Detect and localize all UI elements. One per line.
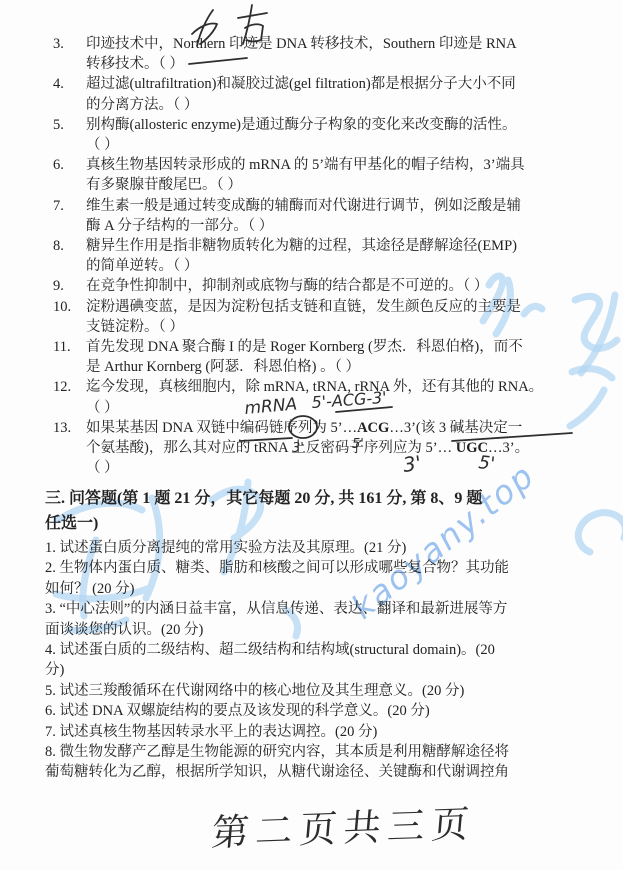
question-text: 别构酶(allosteric enzyme)是通过酶分子构象的变化来改变酶的活性… bbox=[86, 115, 623, 155]
question-line: （ ） bbox=[86, 135, 623, 155]
question-line: 1. 试述蛋白质分离提纯的常用实验方法及其原理。(21 分) bbox=[45, 538, 615, 558]
question-text: 在竞争性抑制中，抑制剂或底物与酶的结合都是不可逆的。（ ） bbox=[86, 276, 623, 296]
essay-question-8: 8. 微生物发酵产乙醇是生物能源的研究内容，其本质是利用糖酵解途径将 葡萄糖转化… bbox=[45, 742, 615, 783]
question-line: 有多聚腺苷酸尾巴。（ ） bbox=[86, 175, 623, 195]
question-line: 如何？ (20 分) bbox=[45, 579, 615, 599]
question-line: 个氨基酸)，那么其对应的 tRNA 上反密码子序列应为 5’… UGC…3’。 bbox=[86, 438, 623, 458]
seq-prefix: 个氨基酸)，那么其对应的 tRNA 上反密码子序列应为 5’… bbox=[86, 440, 456, 456]
question-line: 的简单逆转。（ ） bbox=[86, 256, 623, 276]
tf-question-10: 10. 淀粉遇碘变蓝，是因为淀粉包括支链和直链，发生颜色反应的主要是 支链淀粉。… bbox=[0, 297, 623, 337]
anticodon-ugc: UGC bbox=[456, 440, 488, 456]
question-line: 7. 试述真核生物基因转录水平上的表达调控。(20 分) bbox=[45, 722, 615, 742]
question-number: 12. bbox=[0, 377, 86, 397]
question-number: 7. bbox=[0, 196, 86, 216]
tf-question-13: 13. 如果某基因 DNA 双链中编码链序列为 5’…ACG…3’(该 3 碱基… bbox=[0, 418, 623, 479]
question-number: 4. bbox=[0, 74, 86, 94]
tf-question-3: 3. 印迹技术中，Northern 印迹是 DNA 转移技术，Southern … bbox=[0, 34, 623, 74]
question-line: 酶 A 分子结构的一部分。（ ） bbox=[86, 216, 623, 236]
question-line: 支链淀粉。（ ） bbox=[86, 317, 623, 337]
question-text: 糖异生作用是指非糖物质转化为糖的过程，其途径是酵解途径(EMP) 的简单逆转。（… bbox=[86, 236, 623, 276]
question-text: 如果某基因 DNA 双链中编码链序列为 5’…ACG…3’(该 3 碱基决定一 … bbox=[86, 418, 623, 479]
question-line: 别构酶(allosteric enzyme)是通过酶分子构象的变化来改变酶的活性… bbox=[86, 115, 623, 135]
seq-suffix: …3’(该 3 碱基决定一 bbox=[389, 420, 522, 436]
question-text: 真核生物基因转录形成的 mRNA 的 5’端有甲基化的帽子结构，3’端具 有多聚… bbox=[86, 155, 623, 195]
question-number: 3. bbox=[0, 34, 86, 54]
question-line: 3. “中心法则”的内涵日益丰富，从信息传递、表达、翻译和最新进展等方 bbox=[45, 599, 615, 619]
codon-acg: ACG bbox=[357, 420, 389, 436]
essay-section-header: 三. 问答题(第 1 题 21 分，其它每题 20 分, 共 161 分, 第 … bbox=[45, 486, 605, 536]
essay-question-5: 5. 试述三羧酸循环在代谢网络中的核心地位及其生理意义。(20 分) bbox=[45, 681, 615, 701]
question-line: 首先发现 DNA 聚合酶 I 的是 Roger Kornberg (罗杰．科恩伯… bbox=[86, 337, 623, 357]
essay-question-7: 7. 试述真核生物基因转录水平上的表达调控。(20 分) bbox=[45, 722, 615, 742]
tf-question-12: 12. 迄今发现，真核细胞内，除 mRNA, tRNA, rRNA 外，还有其他… bbox=[0, 377, 623, 417]
question-number: 5. bbox=[0, 115, 86, 135]
question-number: 11. bbox=[0, 337, 86, 357]
question-text: 印迹技术中，Northern 印迹是 DNA 转移技术，Southern 印迹是… bbox=[86, 34, 623, 74]
question-line: 8. 微生物发酵产乙醇是生物能源的研究内容，其本质是利用糖酵解途径将 bbox=[45, 742, 615, 762]
question-line: （ ） bbox=[86, 398, 623, 418]
question-text: 超过滤(ultrafiltration)和凝胶过滤(gel filtration… bbox=[86, 74, 623, 114]
question-line: 超过滤(ultrafiltration)和凝胶过滤(gel filtration… bbox=[86, 74, 623, 94]
tf-question-11: 11. 首先发现 DNA 聚合酶 I 的是 Roger Kornberg (罗杰… bbox=[0, 337, 623, 377]
question-number: 10. bbox=[0, 297, 86, 317]
tf-question-6: 6. 真核生物基因转录形成的 mRNA 的 5’端有甲基化的帽子结构，3’端具 … bbox=[0, 155, 623, 195]
question-line: 葡萄糖转化为乙醇，根据所学知识，从糖代谢途径、关键酶和代谢调控角 bbox=[45, 762, 615, 782]
question-line: 是 Arthur Kornberg (阿瑟．科恩伯格) 。（ ） bbox=[86, 357, 623, 377]
question-line: 印迹技术中，Northern 印迹是 DNA 转移技术，Southern 印迹是… bbox=[86, 34, 623, 54]
header-line: 任选一) bbox=[45, 511, 605, 536]
question-line: 如果某基因 DNA 双链中编码链序列为 5’…ACG…3’(该 3 碱基决定一 bbox=[86, 418, 623, 438]
header-line: 三. 问答题(第 1 题 21 分，其它每题 20 分, 共 161 分, 第 … bbox=[45, 486, 605, 511]
question-number: 8. bbox=[0, 236, 86, 256]
question-line: 真核生物基因转录形成的 mRNA 的 5’端有甲基化的帽子结构，3’端具 bbox=[86, 155, 623, 175]
essay-question-3: 3. “中心法则”的内涵日益丰富，从信息传递、表达、翻译和最新进展等方 面谈谈您… bbox=[45, 599, 615, 640]
question-text: 首先发现 DNA 聚合酶 I 的是 Roger Kornberg (罗杰．科恩伯… bbox=[86, 337, 623, 377]
tf-question-7: 7. 维生素一般是通过转变成酶的辅酶而对代谢进行调节，例如泛酸是辅 酶 A 分子… bbox=[0, 196, 623, 236]
question-line: 4. 试述蛋白质的二级结构、超二级结构和结构域(structural domai… bbox=[45, 640, 615, 660]
question-line: 面谈谈您的认识。(20 分) bbox=[45, 620, 615, 640]
question-line: 淀粉遇碘变蓝，是因为淀粉包括支链和直链，发生颜色反应的主要是 bbox=[86, 297, 623, 317]
true-false-section: 3. 印迹技术中，Northern 印迹是 DNA 转移技术，Southern … bbox=[0, 34, 623, 478]
tf-question-5: 5. 别构酶(allosteric enzyme)是通过酶分子构象的变化来改变酶… bbox=[0, 115, 623, 155]
question-line: 糖异生作用是指非糖物质转化为糖的过程，其途径是酵解途径(EMP) bbox=[86, 236, 623, 256]
question-line: 的分离方法。（ ） bbox=[86, 95, 623, 115]
question-line: 分) bbox=[45, 660, 615, 680]
essay-question-4: 4. 试述蛋白质的二级结构、超二级结构和结构域(structural domai… bbox=[45, 640, 615, 681]
question-text: 迄今发现，真核细胞内，除 mRNA, tRNA, rRNA 外，还有其他的 RN… bbox=[86, 377, 623, 417]
question-number: 9. bbox=[0, 276, 86, 296]
seq-prefix: 如果某基因 DNA 双链中编码链序列为 5’… bbox=[86, 420, 357, 436]
essay-question-1: 1. 试述蛋白质分离提纯的常用实验方法及其原理。(21 分) bbox=[45, 538, 615, 558]
essay-question-2: 2. 生物体内蛋白质、糖类、脂肪和核酸之间可以形成哪些复合物？其功能 如何？ (… bbox=[45, 558, 615, 599]
essay-section: 1. 试述蛋白质分离提纯的常用实验方法及其原理。(21 分) 2. 生物体内蛋白… bbox=[45, 538, 615, 783]
question-line: 转移技术。（ ） bbox=[86, 54, 623, 74]
question-line: 2. 生物体内蛋白质、糖类、脂肪和核酸之间可以形成哪些复合物？其功能 bbox=[45, 558, 615, 578]
question-line: 在竞争性抑制中，抑制剂或底物与酶的结合都是不可逆的。（ ） bbox=[86, 276, 623, 296]
question-line: 6. 试述 DNA 双螺旋结构的要点及该发现的科学意义。(20 分) bbox=[45, 701, 615, 721]
question-text: 淀粉遇碘变蓝，是因为淀粉包括支链和直链，发生颜色反应的主要是 支链淀粉。（ ） bbox=[86, 297, 623, 337]
question-number: 13. bbox=[0, 418, 86, 438]
question-line: 迄今发现，真核细胞内，除 mRNA, tRNA, rRNA 外，还有其他的 RN… bbox=[86, 377, 623, 397]
printed-text-layer: 3. 印迹技术中，Northern 印迹是 DNA 转移技术，Southern … bbox=[0, 0, 623, 870]
essay-question-6: 6. 试述 DNA 双螺旋结构的要点及该发现的科学意义。(20 分) bbox=[45, 701, 615, 721]
question-line: 维生素一般是通过转变成酶的辅酶而对代谢进行调节，例如泛酸是辅 bbox=[86, 196, 623, 216]
scanned-exam-page: kaoyany.top 3. 印迹技术中，Northern 印迹是 DNA 转移… bbox=[0, 0, 623, 870]
question-text: 维生素一般是通过转变成酶的辅酶而对代谢进行调节，例如泛酸是辅 酶 A 分子结构的… bbox=[86, 196, 623, 236]
question-line: 5. 试述三羧酸循环在代谢网络中的核心地位及其生理意义。(20 分) bbox=[45, 681, 615, 701]
tf-question-9: 9. 在竞争性抑制中，抑制剂或底物与酶的结合都是不可逆的。（ ） bbox=[0, 276, 623, 296]
tf-question-8: 8. 糖异生作用是指非糖物质转化为糖的过程，其途径是酵解途径(EMP) 的简单逆… bbox=[0, 236, 623, 276]
seq-suffix: …3’。 bbox=[488, 440, 529, 456]
question-number: 6. bbox=[0, 155, 86, 175]
question-line: （ ） bbox=[86, 458, 623, 478]
tf-question-4: 4. 超过滤(ultrafiltration)和凝胶过滤(gel filtrat… bbox=[0, 74, 623, 114]
